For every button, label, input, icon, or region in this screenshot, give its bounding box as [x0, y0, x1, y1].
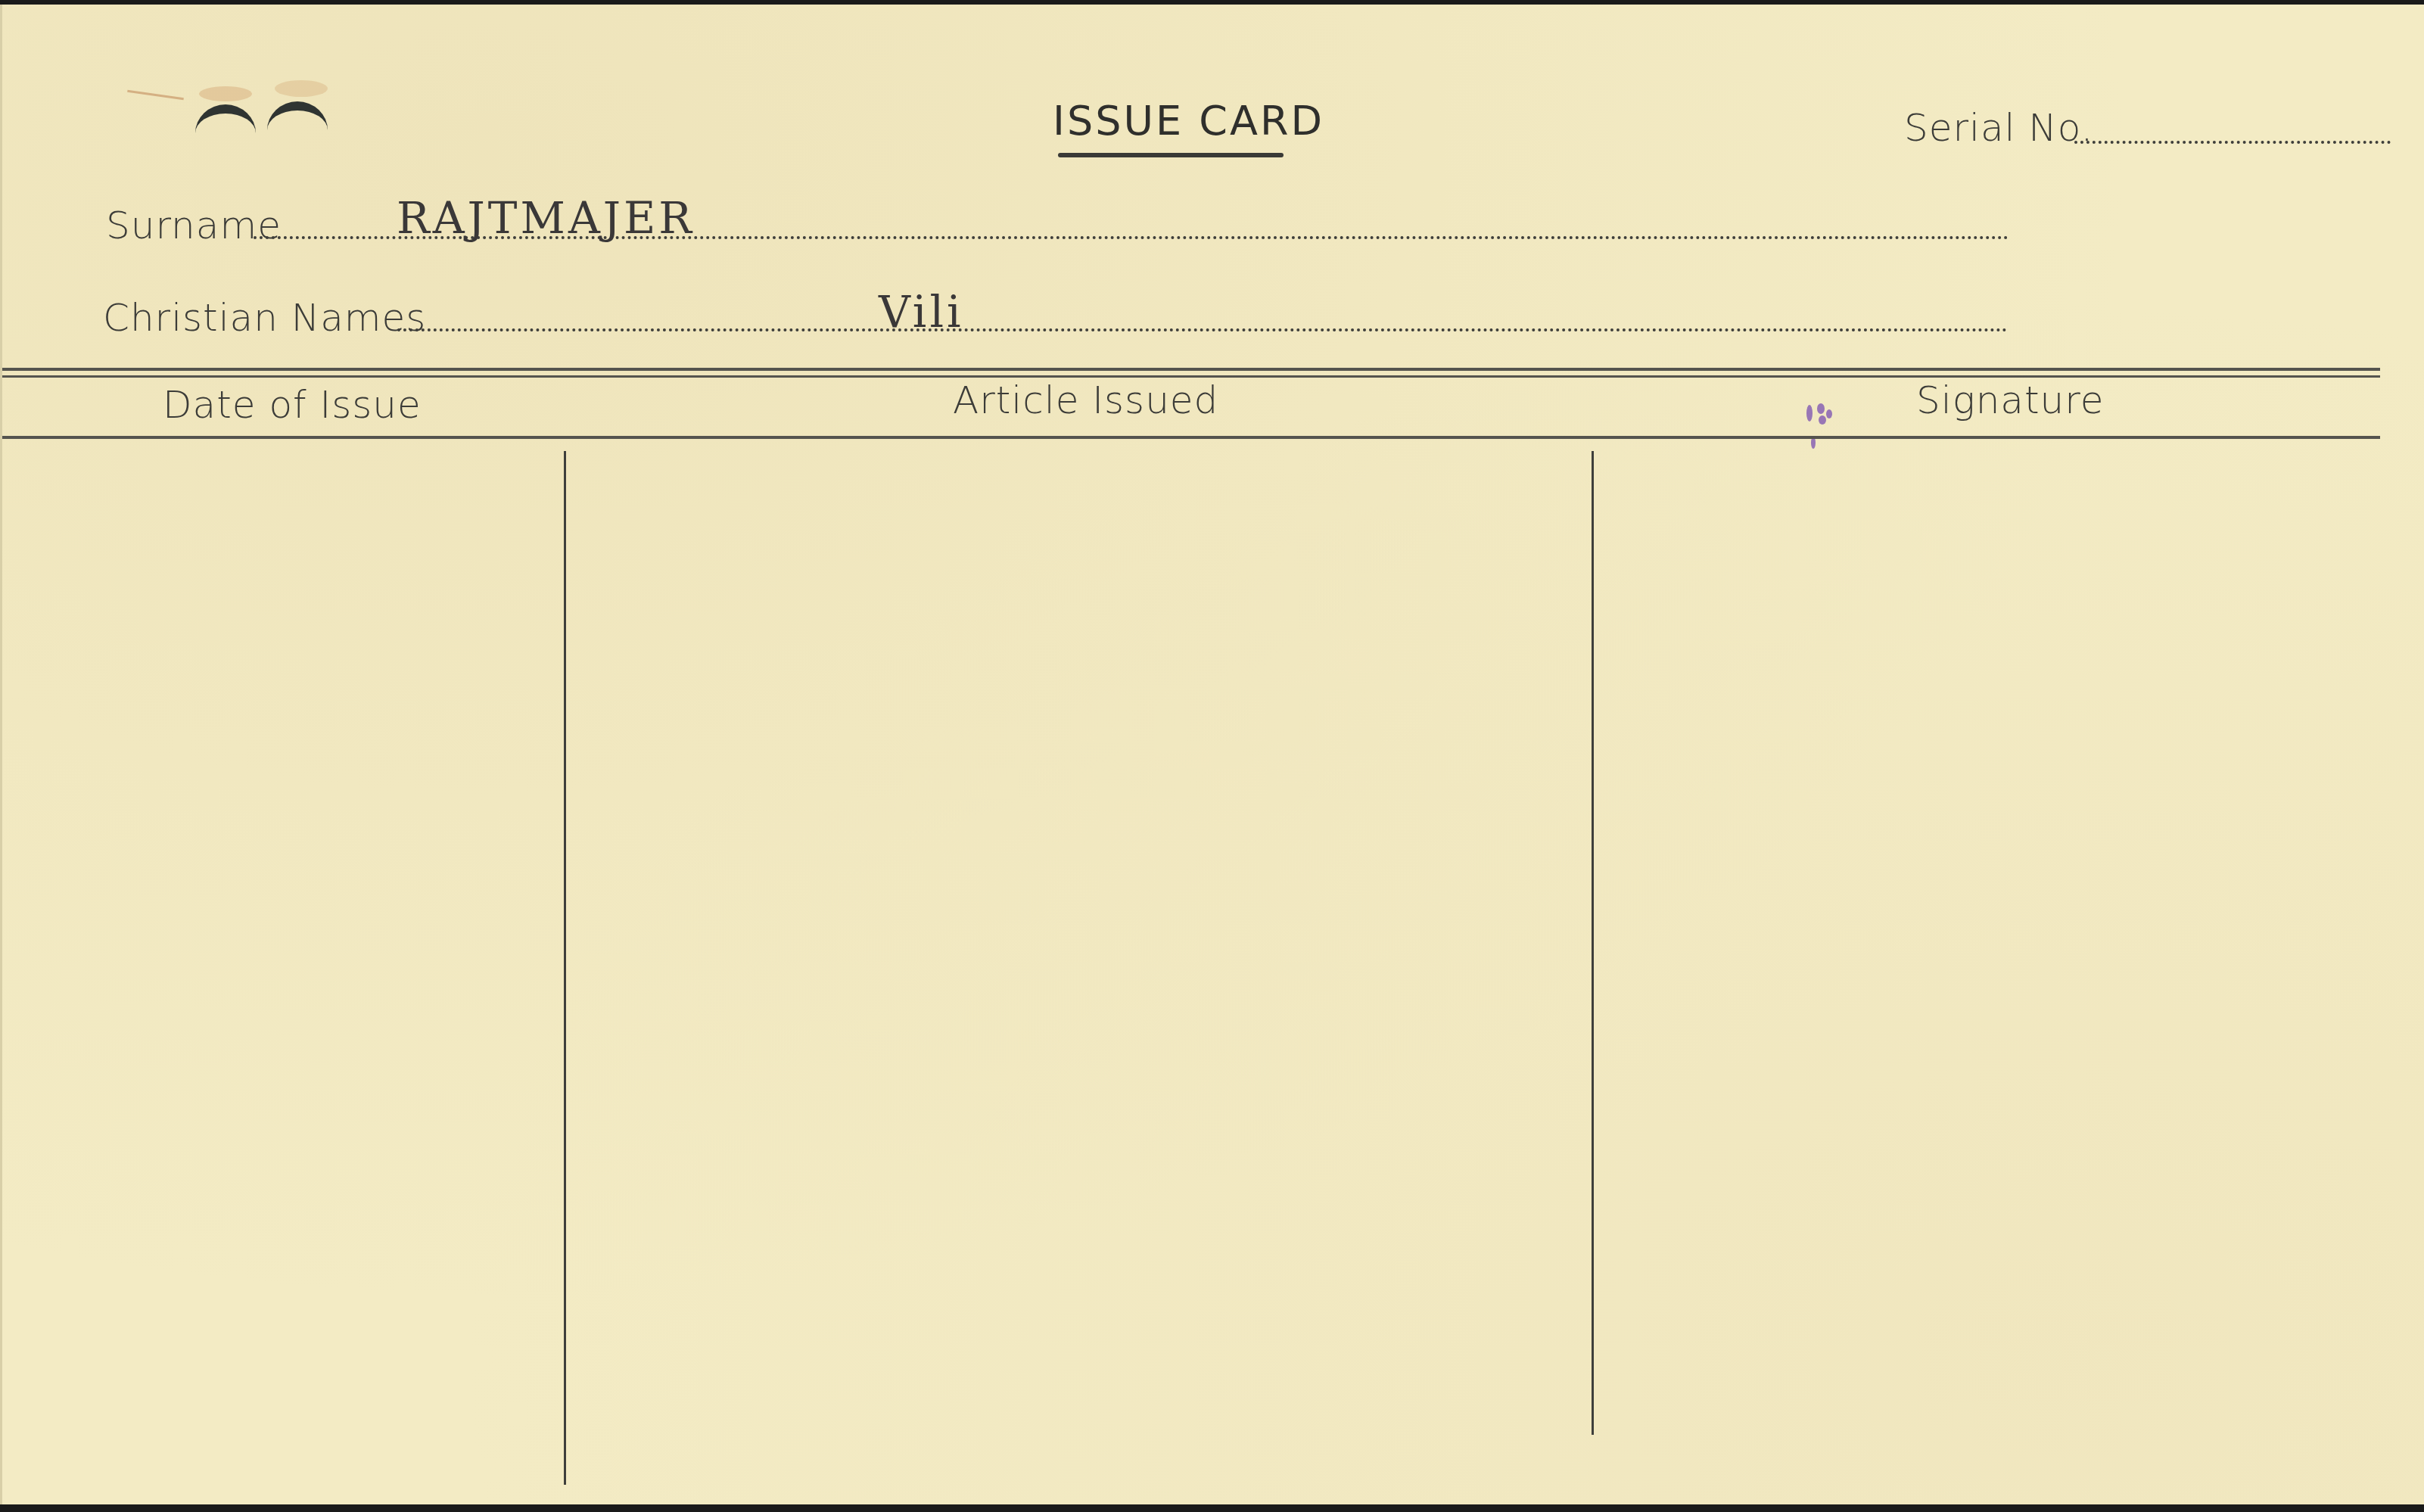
header-top-rule	[2, 368, 2380, 371]
table-body-signature-column	[1594, 440, 2424, 1500]
issue-card: ISSUE CARD Serial No. Surname RAJTMAJER …	[0, 5, 2424, 1504]
table-body-article-column	[566, 440, 1592, 1500]
serial-dotted-line	[2074, 141, 2391, 144]
title-underline	[1058, 153, 1284, 157]
staple-left-icon	[195, 104, 256, 133]
rust-stain	[199, 86, 252, 101]
table-body-date-column	[2, 440, 564, 1500]
surname-value: RAJTMAJER	[397, 192, 695, 244]
staple-right-icon	[267, 101, 328, 130]
christian-names-value: Vili	[879, 286, 964, 338]
christian-names-dotted-line	[397, 328, 2008, 331]
header-bottom-rule	[2, 436, 2380, 439]
surname-label: Surname	[106, 204, 282, 247]
serial-label: Serial No.	[1904, 106, 2093, 150]
christian-names-label: Christian Names	[103, 296, 426, 340]
column-header-date-of-issue: Date of Issue	[163, 383, 422, 427]
column-header-signature: Signature	[1916, 378, 2104, 422]
card-title: ISSUE CARD	[1053, 97, 1324, 145]
rust-stain	[275, 80, 328, 97]
pencil-mark	[127, 90, 184, 100]
header-top-rule-2	[2, 375, 2380, 378]
column-header-article-issued: Article Issued	[953, 378, 1218, 422]
